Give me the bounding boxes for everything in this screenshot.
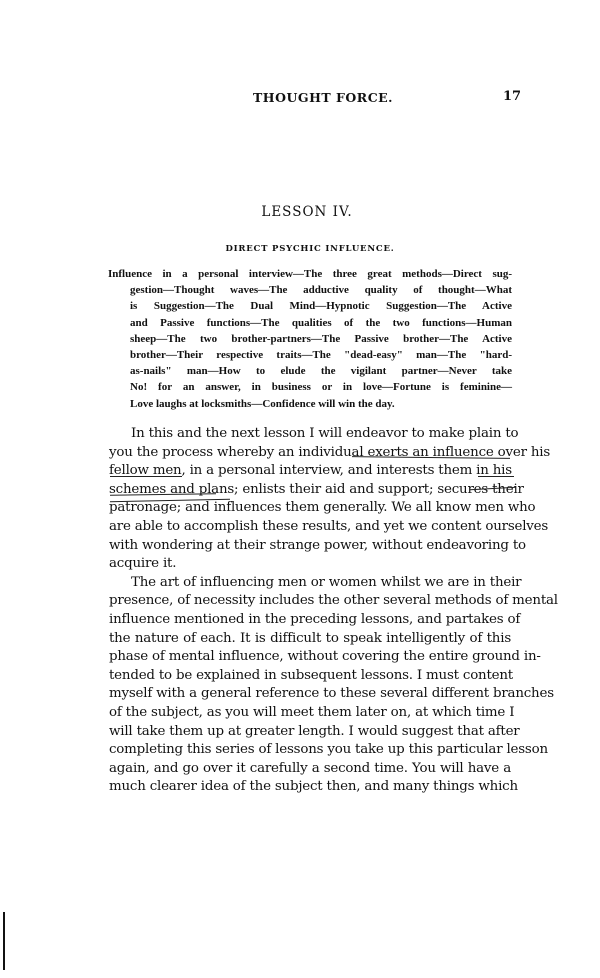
text-line: schemes and plans; enlists their aid and…: [109, 481, 511, 500]
synopsis-line: brother—Their respective traits—The "dea…: [108, 347, 512, 363]
text-line: you the process whereby an individual ex…: [109, 444, 511, 463]
paragraph-2: The art of influencing men or women whil…: [109, 574, 511, 797]
synopsis-line: Influence in a personal interview—The th…: [108, 266, 512, 282]
text-line: of the subject, as you will meet them la…: [109, 704, 511, 723]
text-line: phase of mental influence, without cover…: [109, 648, 511, 667]
pen-underline: [110, 476, 182, 477]
text-line: influence mentioned in the preceding les…: [109, 611, 511, 630]
running-title: THOUGHT FORCE.: [253, 90, 393, 105]
text-line: are able to accomplish these results, an…: [109, 518, 511, 537]
text-line: much clearer idea of the subject then, a…: [109, 778, 511, 797]
synopsis-line: Love laughs at locksmiths—Confidence wil…: [108, 396, 512, 412]
text-line: The art of influencing men or women whil…: [109, 574, 511, 593]
text-line: fellow men, in a personal interview, and…: [109, 462, 511, 481]
text-line: completing this series of lessons you ta…: [109, 741, 511, 760]
synopsis-line: is Suggestion—The Dual Mind—Hypnotic Sug…: [108, 298, 512, 314]
text-line: acquire it.: [109, 555, 511, 574]
body-text: In this and the next lesson I will endea…: [109, 425, 511, 797]
synopsis-line: as-nails" man—How to elude the vigilant …: [108, 363, 512, 379]
synopsis-line: gestion—Thought waves—The adductive qual…: [108, 282, 512, 298]
book-page: THOUGHT FORCE. 17 LESSON IV. DIRECT PSYC…: [0, 0, 600, 978]
text-line: tended to be explained in subsequent les…: [109, 667, 511, 686]
pen-underline: [478, 476, 514, 477]
lesson-subtitle: DIRECT PSYCHIC INFLUENCE.: [0, 244, 600, 254]
text-line: again, and go over it carefully a second…: [109, 760, 511, 779]
text-line: patronage; and influences them generally…: [109, 499, 511, 518]
text-line: In this and the next lesson I will endea…: [109, 425, 511, 444]
scan-margin-mark: [3, 912, 5, 970]
lesson-title: LESSON IV.: [0, 204, 600, 220]
lesson-synopsis: Influence in a personal interview—The th…: [108, 266, 512, 412]
text-line: with wondering at their strange power, w…: [109, 537, 511, 556]
synopsis-line: No! for an answer, in business or in lov…: [108, 379, 512, 395]
text-line: will take them up at greater length. I w…: [109, 723, 511, 742]
synopsis-line: sheep—The two brother-partners—The Passi…: [108, 331, 512, 347]
text-line: presence, of necessity includes the othe…: [109, 592, 511, 611]
synopsis-line: and Passive functions—The qualities of t…: [108, 315, 512, 331]
page-number: 17: [503, 89, 521, 104]
text-line: the nature of each. It is difficult to s…: [109, 630, 511, 649]
text-line: myself with a general reference to these…: [109, 685, 511, 704]
